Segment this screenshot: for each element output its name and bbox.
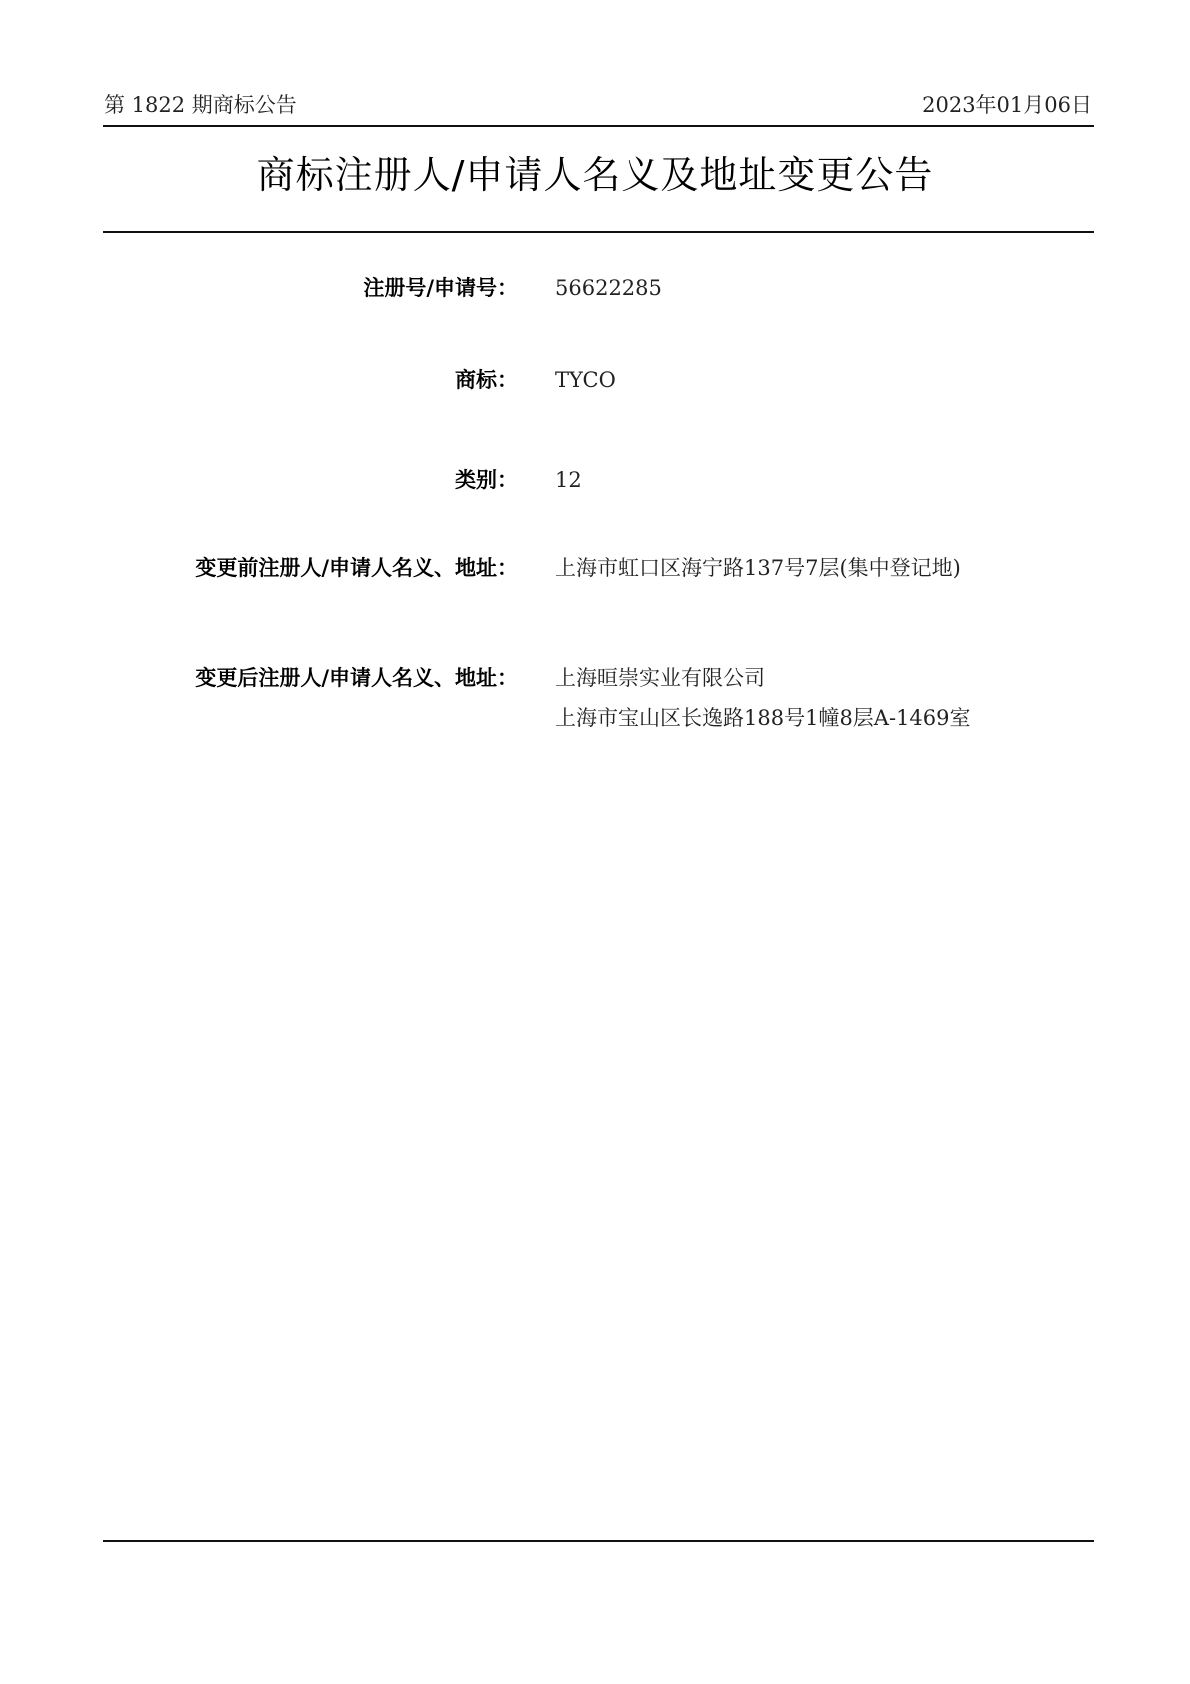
- page-title: 商标注册人/申请人名义及地址变更公告: [0, 150, 1190, 200]
- class-label: 类别：: [455, 466, 518, 494]
- trademark-value: TYCO: [555, 360, 616, 400]
- header-divider: [103, 125, 1094, 127]
- before-value: 上海市虹口区海宁路137号7层(集中登记地): [555, 548, 961, 588]
- footer-divider: [103, 1540, 1094, 1542]
- after-value: 上海晅崇实业有限公司 上海市宝山区长逸路188号1幢8层A-1469室: [555, 658, 971, 738]
- after-address: 上海市宝山区长逸路188号1幢8层A-1469室: [555, 698, 971, 738]
- trademark-label: 商标：: [455, 366, 518, 394]
- reg-no-label: 注册号/申请号：: [363, 274, 518, 302]
- class-value: 12: [555, 460, 582, 500]
- issue-number: 第 1822 期商标公告: [104, 92, 297, 118]
- after-label: 变更后注册人/申请人名义、地址：: [195, 664, 518, 692]
- reg-no-value: 56622285: [555, 268, 662, 308]
- after-name: 上海晅崇实业有限公司: [555, 658, 971, 698]
- title-divider: [103, 231, 1094, 233]
- publication-date: 2023年01月06日: [922, 92, 1092, 118]
- before-label: 变更前注册人/申请人名义、地址：: [195, 554, 518, 582]
